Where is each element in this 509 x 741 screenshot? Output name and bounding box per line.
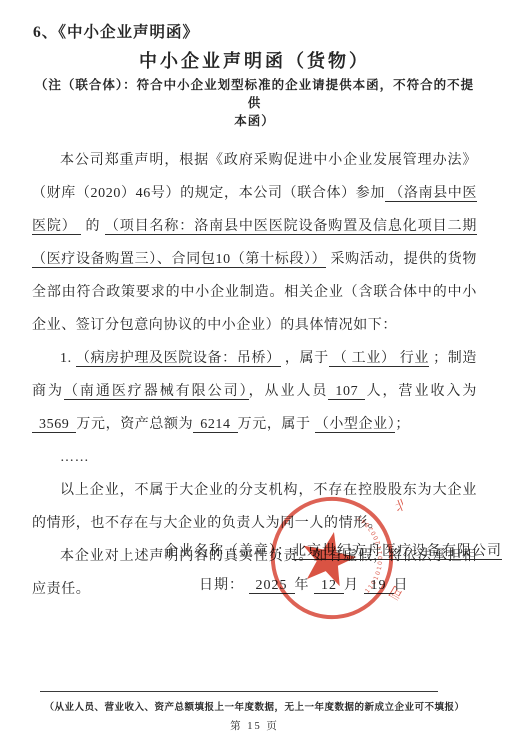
day-unit: 日 bbox=[394, 578, 409, 593]
company-name-label: 企业名称（盖章）： bbox=[164, 544, 292, 559]
note-line-1: （注（联合体）：符合中小企业划型标准的企业请提供本函，不符合的不提供 bbox=[35, 78, 474, 110]
item-text-3: ，从业人员 bbox=[249, 384, 329, 399]
date-year: 2025 bbox=[249, 578, 295, 594]
section-title: 6、《中小企业声明函》 bbox=[0, 0, 509, 42]
document-body: 本公司郑重声明，根据《政府采购促进中小企业发展管理办法》（财库（2020）46号… bbox=[32, 144, 477, 606]
year-unit: 年 bbox=[295, 578, 310, 593]
footer-divider bbox=[40, 691, 438, 692]
revenue-value: 3569 bbox=[32, 417, 76, 433]
company-name-value: 北京世纪方舟医疗设备有限公司 bbox=[292, 544, 502, 560]
note-line-2: 本函） bbox=[234, 114, 275, 128]
item-text-1: ，属于 bbox=[281, 351, 329, 366]
manufacturer-blank: （南通医疗器械有限公司） bbox=[64, 384, 249, 400]
company-type-blank: （小型企业） bbox=[315, 417, 396, 433]
page-title: 中小企业声明函（货物） bbox=[0, 47, 509, 73]
company-signature-line: 企业名称（盖章）：北京世纪方舟医疗设备有限公司 bbox=[164, 540, 502, 560]
date-month: 12 bbox=[314, 578, 344, 594]
declaration-paragraph: 本公司郑重声明，根据《政府采购促进中小企业发展管理办法》（财库（2020）46号… bbox=[32, 144, 477, 342]
assets-value: 6214 bbox=[193, 417, 237, 433]
date-line: 日期： 2025年 12月 19日 bbox=[199, 574, 409, 594]
item-number: 1. bbox=[60, 351, 76, 366]
item-text-6: 万元，属于 bbox=[238, 417, 315, 432]
item-text-5: 万元，资产 bbox=[76, 417, 149, 432]
document-page: 6、《中小企业声明函》 中小企业声明函（货物） （注（联合体）：符合中小企业划型… bbox=[0, 0, 509, 741]
item-text-5b: 总额为 bbox=[149, 417, 193, 432]
footer-footnote: （从业人员、营业收入、资产总额填报上一年度数据，无上一年度数据的新成立企业可不填… bbox=[0, 699, 509, 713]
enterprise-item-1: 1. （病房护理及医院设备：吊桥） ，属于 （ 工业） 行业 ；制造商为（南通医… bbox=[32, 342, 477, 441]
product-blank: （病房护理及医院设备：吊桥） bbox=[76, 351, 281, 367]
declaration-text-2: 的 bbox=[81, 219, 105, 234]
item-text-7: ； bbox=[395, 417, 410, 432]
employees-value: 107 bbox=[328, 384, 365, 400]
month-unit: 月 bbox=[344, 578, 359, 593]
ellipsis-line: …… bbox=[32, 441, 477, 474]
date-label: 日期： bbox=[199, 578, 244, 593]
note-text: （注（联合体）：符合中小企业划型标准的企业请提供本函，不符合的不提供 本函） bbox=[32, 76, 477, 130]
page-number: 第 15 页 bbox=[0, 718, 509, 733]
date-day: 19 bbox=[364, 578, 394, 594]
item-text-4: 人，营业收入为 bbox=[365, 384, 477, 399]
industry-blank: （ 工业） 行业 bbox=[329, 351, 429, 367]
branch-statement-paragraph: 以上企业，不属于大企业的分支机构，不存在控股股东为大企业的情形，也不存在与大企业… bbox=[32, 474, 477, 540]
